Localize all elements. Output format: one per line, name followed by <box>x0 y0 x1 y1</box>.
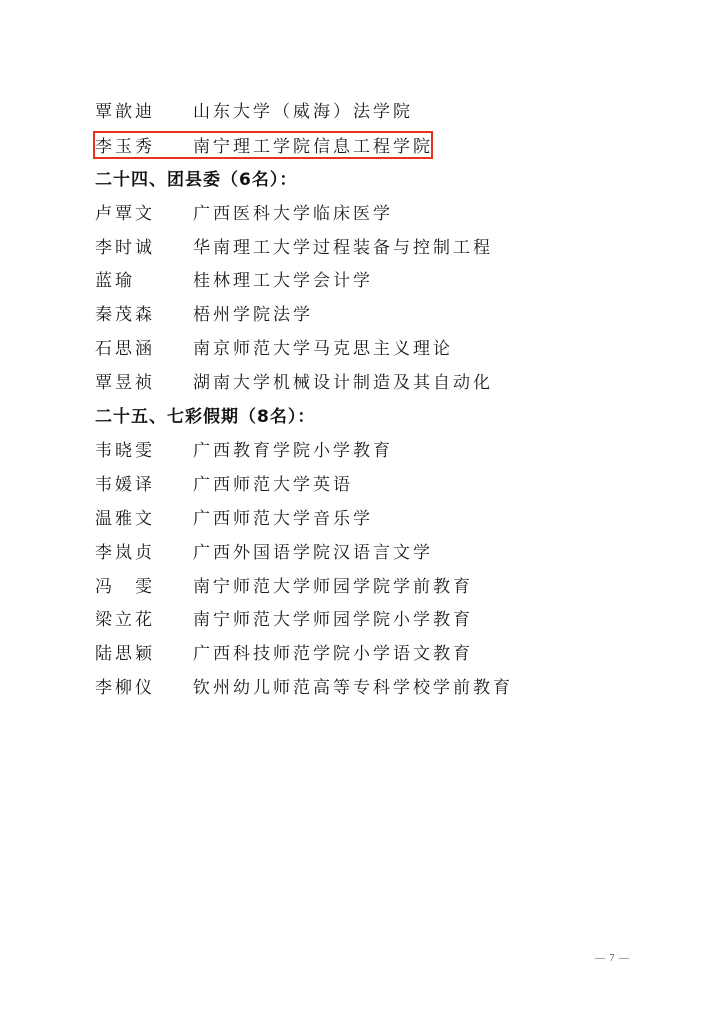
list-item: 覃昱祯 湖南大学机械设计制造及其自动化 <box>95 367 493 393</box>
person-affiliation: 华南理工大学过程装备与控制工程 <box>193 233 493 258</box>
person-affiliation: 广西科技师范学院小学语文教育 <box>193 639 473 664</box>
person-affiliation: 南宁师范大学师园学院小学教育 <box>193 605 473 630</box>
list-item: 韦媛译 广西师范大学英语 <box>95 469 353 495</box>
person-affiliation: 钦州幼儿师范高等专科学校学前教育 <box>193 673 513 698</box>
person-name: 蓝瑜 <box>95 266 193 291</box>
person-affiliation: 山东大学（威海）法学院 <box>193 97 413 122</box>
person-name: 陆思颖 <box>95 639 193 664</box>
person-name: 李时诚 <box>95 233 193 258</box>
person-affiliation: 南宁理工学院信息工程学院 <box>193 132 433 157</box>
document-page: 覃歆迪 山东大学（威海）法学院 李玉秀 南宁理工学院信息工程学院 二十四、团县委… <box>0 0 720 1018</box>
list-item: 陆思颖 广西科技师范学院小学语文教育 <box>95 638 473 664</box>
list-item: 温雅文 广西师范大学音乐学 <box>95 503 373 529</box>
person-affiliation: 广西师范大学音乐学 <box>193 504 373 529</box>
list-item: 李岚贞 广西外国语学院汉语言文学 <box>95 537 433 563</box>
person-affiliation: 广西外国语学院汉语言文学 <box>193 538 433 563</box>
person-affiliation: 广西师范大学英语 <box>193 470 353 495</box>
list-item: 韦晓雯 广西教育学院小学教育 <box>95 435 393 461</box>
list-item: 蓝瑜 桂林理工大学会计学 <box>95 265 373 291</box>
section-heading: 二十四、团县委（6名）： <box>95 164 297 190</box>
list-item-highlighted: 李玉秀 南宁理工学院信息工程学院 <box>95 131 433 157</box>
person-affiliation: 广西教育学院小学教育 <box>193 436 393 461</box>
person-name: 秦茂森 <box>95 300 193 325</box>
person-name: 李柳仪 <box>95 673 193 698</box>
list-item: 李时诚 华南理工大学过程装备与控制工程 <box>95 232 493 258</box>
person-name: 梁立花 <box>95 605 193 630</box>
person-affiliation: 广西医科大学临床医学 <box>193 199 393 224</box>
person-name: 冯 雯 <box>95 572 193 597</box>
person-name: 覃歆迪 <box>95 97 193 122</box>
person-affiliation: 南宁师范大学师园学院学前教育 <box>193 572 473 597</box>
list-item: 梁立花 南宁师范大学师园学院小学教育 <box>95 604 473 630</box>
person-name: 石思涵 <box>95 334 193 359</box>
list-item: 秦茂森 梧州学院法学 <box>95 299 313 325</box>
person-name: 李岚贞 <box>95 538 193 563</box>
person-affiliation: 桂林理工大学会计学 <box>193 266 373 291</box>
person-name: 李玉秀 <box>95 132 193 157</box>
list-item: 冯 雯 南宁师范大学师园学院学前教育 <box>95 571 473 597</box>
person-name: 卢覃文 <box>95 199 193 224</box>
page-number: — 7 — <box>595 953 630 964</box>
list-item: 卢覃文 广西医科大学临床医学 <box>95 198 393 224</box>
person-name: 韦晓雯 <box>95 436 193 461</box>
list-item: 石思涵 南京师范大学马克思主义理论 <box>95 333 453 359</box>
person-affiliation: 梧州学院法学 <box>193 300 313 325</box>
list-item: 李柳仪 钦州幼儿师范高等专科学校学前教育 <box>95 672 513 698</box>
person-affiliation: 南京师范大学马克思主义理论 <box>193 334 453 359</box>
person-name: 温雅文 <box>95 504 193 529</box>
section-heading: 二十五、七彩假期（8名）： <box>95 401 315 427</box>
person-name: 覃昱祯 <box>95 368 193 393</box>
person-name: 韦媛译 <box>95 470 193 495</box>
person-affiliation: 湖南大学机械设计制造及其自动化 <box>193 368 493 393</box>
list-item: 覃歆迪 山东大学（威海）法学院 <box>95 96 413 122</box>
